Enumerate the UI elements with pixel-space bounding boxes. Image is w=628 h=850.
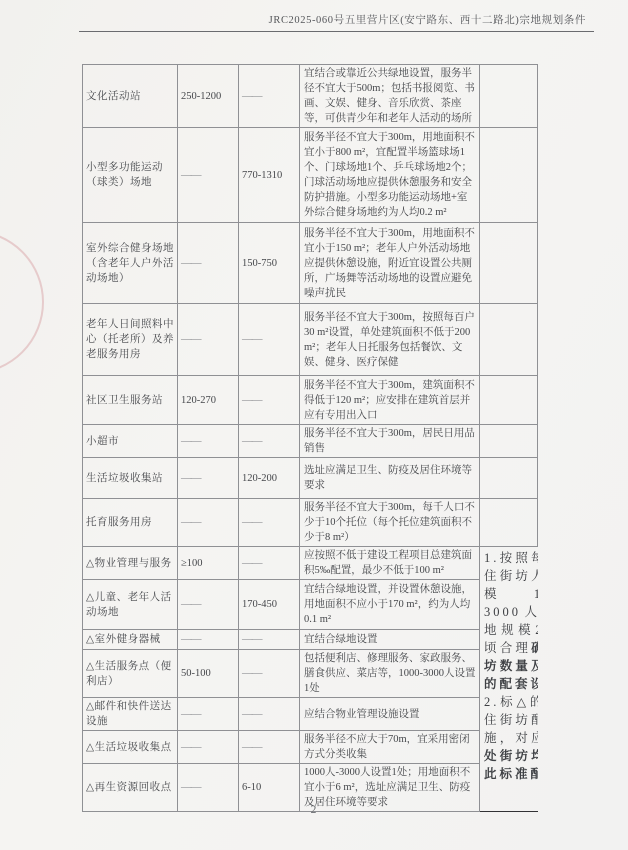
building-area-cell: —— [178, 128, 239, 223]
requirement-cell: 宜结合绿地设置，并设置休憩设施，用地面积不应小于170 m²，约为人均0.1 m… [300, 580, 480, 630]
table-row: 小超市 —— —— 服务半径不宜大于300m，居民日用品销售 [83, 425, 538, 458]
land-area-cell: —— [239, 499, 300, 547]
land-area-cell: 120-200 [239, 458, 300, 499]
land-area-cell: —— [239, 376, 300, 425]
table-row: 托育服务用房 —— —— 服务半径不宜大于300m，每千人口不少于10个托位（每… [83, 499, 538, 547]
empty-cell [480, 128, 538, 223]
building-area-cell: —— [178, 499, 239, 547]
red-seal-mark [0, 230, 44, 374]
facility-name-cell: 生活垃圾收集站 [83, 458, 178, 499]
building-area-cell: —— [178, 425, 239, 458]
requirement-cell: 宜结合绿地设置 [300, 630, 480, 650]
requirement-cell: 服务半径不宜大于300m，每千人口不少于10个托位（每个托位建筑面积不少于8 m… [300, 499, 480, 547]
table-row: △物业管理与服务 ≥100 —— 应按照不低于建设工程项目总建筑面积5‰配置，最… [83, 547, 538, 580]
building-area-cell: —— [178, 223, 239, 304]
facility-name-cell: △生活垃圾收集点 [83, 731, 178, 764]
facility-name-cell: 托育服务用房 [83, 499, 178, 547]
land-area-cell: —— [239, 65, 300, 128]
land-area-cell: —— [239, 425, 300, 458]
facility-name-cell: 室外综合健身场地（含老年人户外活动场地） [83, 223, 178, 304]
land-area-cell: —— [239, 304, 300, 376]
facility-requirements-table: 文化活动站 250-1200 —— 宜结合或靠近公共绿地设置，服务半径不宜大于5… [82, 64, 538, 812]
empty-cell [480, 425, 538, 458]
facility-name-cell: △儿童、老年人活动场地 [83, 580, 178, 630]
building-area-cell: 50-100 [178, 650, 239, 698]
building-area-cell: —— [178, 630, 239, 650]
document-page: JRC2025-060号五里营片区(安宁路东、西十二路北)宗地规划条件 文化活动… [0, 0, 628, 850]
building-area-cell: —— [178, 304, 239, 376]
facility-name-cell: △室外健身器械 [83, 630, 178, 650]
requirement-cell: 选址应满足卫生、防疫及居住环境等要求 [300, 458, 480, 499]
land-area-cell: 170-450 [239, 580, 300, 630]
facility-name-cell: △邮件和快件送达设施 [83, 698, 178, 731]
land-area-cell: —— [239, 698, 300, 731]
facility-name-cell: △生活服务点（便利店） [83, 650, 178, 698]
header-divider [79, 31, 594, 32]
requirement-cell: 服务半径不应大于70m，宜采用密闭方式分类收集 [300, 731, 480, 764]
requirement-cell: 服务半径不宜大于300m，按照每百户30 m²设置，单处建筑面积不低于200 m… [300, 304, 480, 376]
requirement-cell: 服务半径不宜大于300m，用地面积不宜小于150 m²；老年人户外活动场地应提供… [300, 223, 480, 304]
facility-name-cell: 社区卫生服务站 [83, 376, 178, 425]
table-row: 生活垃圾收集站 —— 120-200 选址应满足卫生、防疫及居住环境等要求 [83, 458, 538, 499]
building-area-cell: ≥100 [178, 547, 239, 580]
table-row: △儿童、老年人活动场地 —— 170-450 宜结合绿地设置，并设置休憩设施，用… [83, 580, 538, 630]
land-area-cell: —— [239, 630, 300, 650]
table-row: △生活服务点（便利店） 50-100 —— 包括便利店、修理服务、家政服务、膳食… [83, 650, 538, 698]
table-row: △室外健身器械 —— —— 宜结合绿地设置 [83, 630, 538, 650]
table-row: 文化活动站 250-1200 —— 宜结合或靠近公共绿地设置，服务半径不宜大于5… [83, 65, 538, 128]
table-row: △生活垃圾收集点 —— —— 服务半径不应大于70m，宜采用密闭方式分类收集 [83, 731, 538, 764]
empty-cell [480, 376, 538, 425]
requirement-cell: 服务半径不宜大于300m，居民日用品销售 [300, 425, 480, 458]
land-area-cell: —— [239, 547, 300, 580]
facility-name-cell: 小型多功能运动（球类）场地 [83, 128, 178, 223]
empty-cell [480, 223, 538, 304]
building-area-cell: 120-270 [178, 376, 239, 425]
land-area-cell: —— [239, 731, 300, 764]
requirement-cell: 服务半径不宜大于300m，建筑面积不得低于120 m²；应安排在建筑首层并应有专… [300, 376, 480, 425]
table-row: 老年人日间照料中心（托老所）及养老服务用房 —— —— 服务半径不宜大于300m… [83, 304, 538, 376]
requirement-cell: 应结合物业管理设施设置 [300, 698, 480, 731]
facility-name-cell: 老年人日间照料中心（托老所）及养老服务用房 [83, 304, 178, 376]
requirement-cell: 宜结合或靠近公共绿地设置，服务半径不宜大于500m；包括书报阅览、书画、文娱、健… [300, 65, 480, 128]
notes-box: 1.按照每处居住街坊人口规模1000-3000人、用地规模2-4公顷合理确定街坊… [480, 547, 538, 812]
table-row: 室外综合健身场地（含老年人户外活动场地） —— 150-750 服务半径不宜大于… [83, 223, 538, 304]
land-area-cell: —— [239, 650, 300, 698]
requirement-cell: 服务半径不宜大于300m，用地面积不宜小于800 m²，宜配置半场篮球场1个、门… [300, 128, 480, 223]
requirement-cell: 应按照不低于建设工程项目总建筑面积5‰配置，最少不低于100 m² [300, 547, 480, 580]
building-area-cell: —— [178, 731, 239, 764]
empty-cell [480, 304, 538, 376]
building-area-cell: —— [178, 458, 239, 499]
notes-merged-cell: 1.按照每处居住街坊人口规模1000-3000人、用地规模2-4公顷合理确定街坊… [480, 547, 538, 812]
building-area-cell: —— [178, 580, 239, 630]
document-header-title: JRC2025-060号五里营片区(安宁路东、西十二路北)宗地规划条件 [269, 12, 586, 27]
facility-name-cell: △物业管理与服务 [83, 547, 178, 580]
land-area-cell: 150-750 [239, 223, 300, 304]
facility-name-cell: 文化活动站 [83, 65, 178, 128]
note-2: 2.标△的为居住街坊配套设施，对应的每处街坊均应按此标准配置配 [484, 693, 538, 783]
land-area-cell: 770-1310 [239, 128, 300, 223]
facility-name-cell: 小超市 [83, 425, 178, 458]
table-row: △邮件和快件送达设施 —— —— 应结合物业管理设施设置 [83, 698, 538, 731]
empty-cell [480, 499, 538, 547]
building-area-cell: —— [178, 698, 239, 731]
requirement-cell: 包括便利店、修理服务、家政服务、膳食供应、菜店等，1000-3000人设置1处 [300, 650, 480, 698]
note-1: 1.按照每处居住街坊人口规模1000-3000人、用地规模2-4公顷合理确定街坊… [484, 549, 538, 693]
empty-cell [480, 458, 538, 499]
table-row: 社区卫生服务站 120-270 —— 服务半径不宜大于300m，建筑面积不得低于… [83, 376, 538, 425]
table-row: 小型多功能运动（球类）场地 —— 770-1310 服务半径不宜大于300m，用… [83, 128, 538, 223]
empty-cell [480, 65, 538, 128]
page-number: 2 [0, 804, 628, 816]
building-area-cell: 250-1200 [178, 65, 239, 128]
